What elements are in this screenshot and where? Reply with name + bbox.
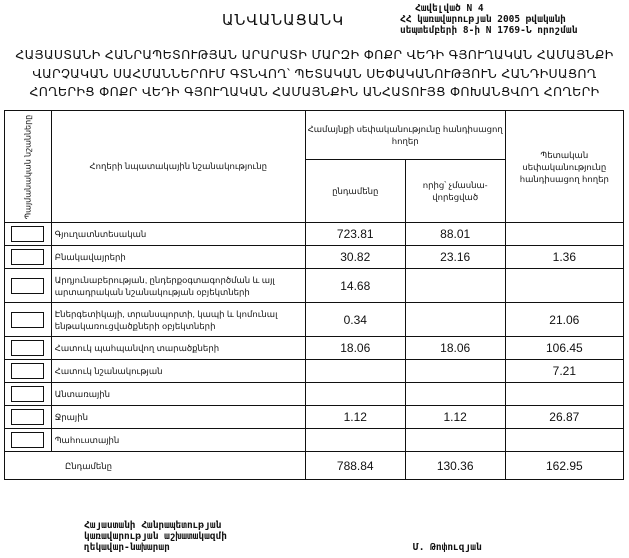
row-total: 30.82: [305, 246, 405, 269]
row-name: Գյուղատնտեսական: [51, 223, 305, 246]
table-row: Հատուկ նշանակության 7.21: [5, 360, 624, 383]
totals-state: 162.95: [505, 452, 623, 480]
signatory-line-2: կառավարության աշխատակազմի: [84, 531, 227, 542]
table-row: Էներգետիկայի, տրանսպորտի, կապի և կոմունա…: [5, 303, 624, 337]
row-state: 21.06: [505, 303, 623, 337]
legend-box: [11, 409, 44, 425]
legend-box: [11, 363, 44, 379]
document-heading: ՀԱՅԱՍՏԱՆԻ ՀԱՆՐԱՊԵՏՈՒԹՅԱՆ ԱՐԱՐԱՏԻ ՄԱՐԶԻ Փ…: [0, 46, 629, 102]
row-total: [305, 360, 405, 383]
row-state: [505, 223, 623, 246]
land-table: Պայմանական նշանները Հողերի նպատակային նշ…: [4, 110, 624, 480]
totals-row: Ընդամենը 788.84 130.36 162.95: [5, 452, 624, 480]
table-row: Գյուղատնտեսական 723.81 88.01: [5, 223, 624, 246]
row-state: 1.36: [505, 246, 623, 269]
header-community-group: Համայնքի սեփականությունը հանդիսացող հողե…: [305, 111, 505, 160]
header-total: ընդամենը: [305, 160, 405, 223]
row-name: Էներգետիկայի, տրանսպորտի, կապի և կոմունա…: [51, 303, 305, 337]
signatory-title: Հայաստանի Հանրապետության կառավարության ա…: [84, 520, 227, 553]
heading-line-2: ՎԱՐՉԱԿԱՆ ՍԱՀՄԱՆՆԵՐՈՒՄ ԳՏՆՎՈՂ՝ ՊԵՏԱԿԱՆ ՍԵ…: [0, 65, 629, 84]
legend-box: [11, 340, 44, 356]
legend-box: [11, 432, 44, 448]
row-name: Բնակավայրերի: [51, 246, 305, 269]
row-state: [505, 429, 623, 452]
row-total: 1.12: [305, 406, 405, 429]
document-title: ԱՆՎԱՆԱՑԱՆԿ: [222, 11, 344, 29]
row-name: Հատուկ նշանակության: [51, 360, 305, 383]
signatory-line-3: ղեկավար-նախարար: [84, 542, 227, 553]
totals-total: 788.84: [305, 452, 405, 480]
annex-reference: Հավելված N 4 ՀՀ կառավարության 2005 թվակա…: [400, 3, 577, 36]
row-sub: [405, 303, 505, 337]
table-row: Պահուստային: [5, 429, 624, 452]
row-sub: [405, 429, 505, 452]
totals-sub: 130.36: [405, 452, 505, 480]
row-state: 106.45: [505, 337, 623, 360]
header-name: Հողերի նպատակային նշանակությունը: [51, 111, 305, 223]
row-total: [305, 429, 405, 452]
row-total: 723.81: [305, 223, 405, 246]
annex-line-1: Հավելված N 4: [400, 3, 577, 14]
legend-box: [11, 278, 44, 294]
row-sub: [405, 269, 505, 303]
table-row: Բնակավայրերի 30.82 23.16 1.36: [5, 246, 624, 269]
header-state: Պետական սեփականությունը հանդիսացող հողեր: [505, 111, 623, 223]
row-total: 18.06: [305, 337, 405, 360]
row-state: [505, 383, 623, 406]
row-sub: 1.12: [405, 406, 505, 429]
legend-box: [11, 386, 44, 402]
header-code: Պայմանական նշանները: [5, 111, 52, 223]
signatory-name: Մ. Թոփուզյան: [413, 542, 482, 553]
row-total: [305, 383, 405, 406]
heading-line-3: ՀՈՂԵՐԻՑ ՓՈՔՐ ՎԵԴԻ ԳՅՈՒՂԱԿԱՆ ՀԱՄԱՅՆՔԻՆ ԱՆ…: [0, 83, 629, 102]
row-name: Պահուստային: [51, 429, 305, 452]
legend-box: [11, 312, 44, 328]
row-name: Անտառային: [51, 383, 305, 406]
row-sub: 23.16: [405, 246, 505, 269]
row-sub: [405, 360, 505, 383]
row-state: 7.21: [505, 360, 623, 383]
annex-line-3: սեպտեմբերի 8-ի N 1769-Ն որոշման: [400, 25, 577, 36]
row-state: 26.87: [505, 406, 623, 429]
legend-box: [11, 226, 44, 242]
row-name: Հատուկ պահպանվող տարածքների: [51, 337, 305, 360]
table-row: Հատուկ պահպանվող տարածքների 18.06 18.06 …: [5, 337, 624, 360]
row-name: Ջրային: [51, 406, 305, 429]
table-row: Անտառային: [5, 383, 624, 406]
signatory-line-1: Հայաստանի Հանրապետության: [84, 520, 227, 531]
table-row: Ջրային 1.12 1.12 26.87: [5, 406, 624, 429]
header-of-which: որից՝ չմասնա-վորեցված: [405, 160, 505, 223]
row-name: Արդյունաբերության, ընդերքօգտագործման և ա…: [51, 269, 305, 303]
row-sub: 88.01: [405, 223, 505, 246]
row-state: [505, 269, 623, 303]
table-row: Արդյունաբերության, ընդերքօգտագործման և ա…: [5, 269, 624, 303]
legend-box: [11, 249, 44, 265]
totals-label: Ընդամենը: [5, 452, 306, 480]
row-sub: [405, 383, 505, 406]
row-sub: 18.06: [405, 337, 505, 360]
row-total: 0.34: [305, 303, 405, 337]
heading-line-1: ՀԱՅԱՍՏԱՆԻ ՀԱՆՐԱՊԵՏՈՒԹՅԱՆ ԱՐԱՐԱՏԻ ՄԱՐԶԻ Փ…: [0, 46, 629, 65]
row-total: 14.68: [305, 269, 405, 303]
annex-line-2: ՀՀ կառավարության 2005 թվականի: [400, 14, 577, 25]
